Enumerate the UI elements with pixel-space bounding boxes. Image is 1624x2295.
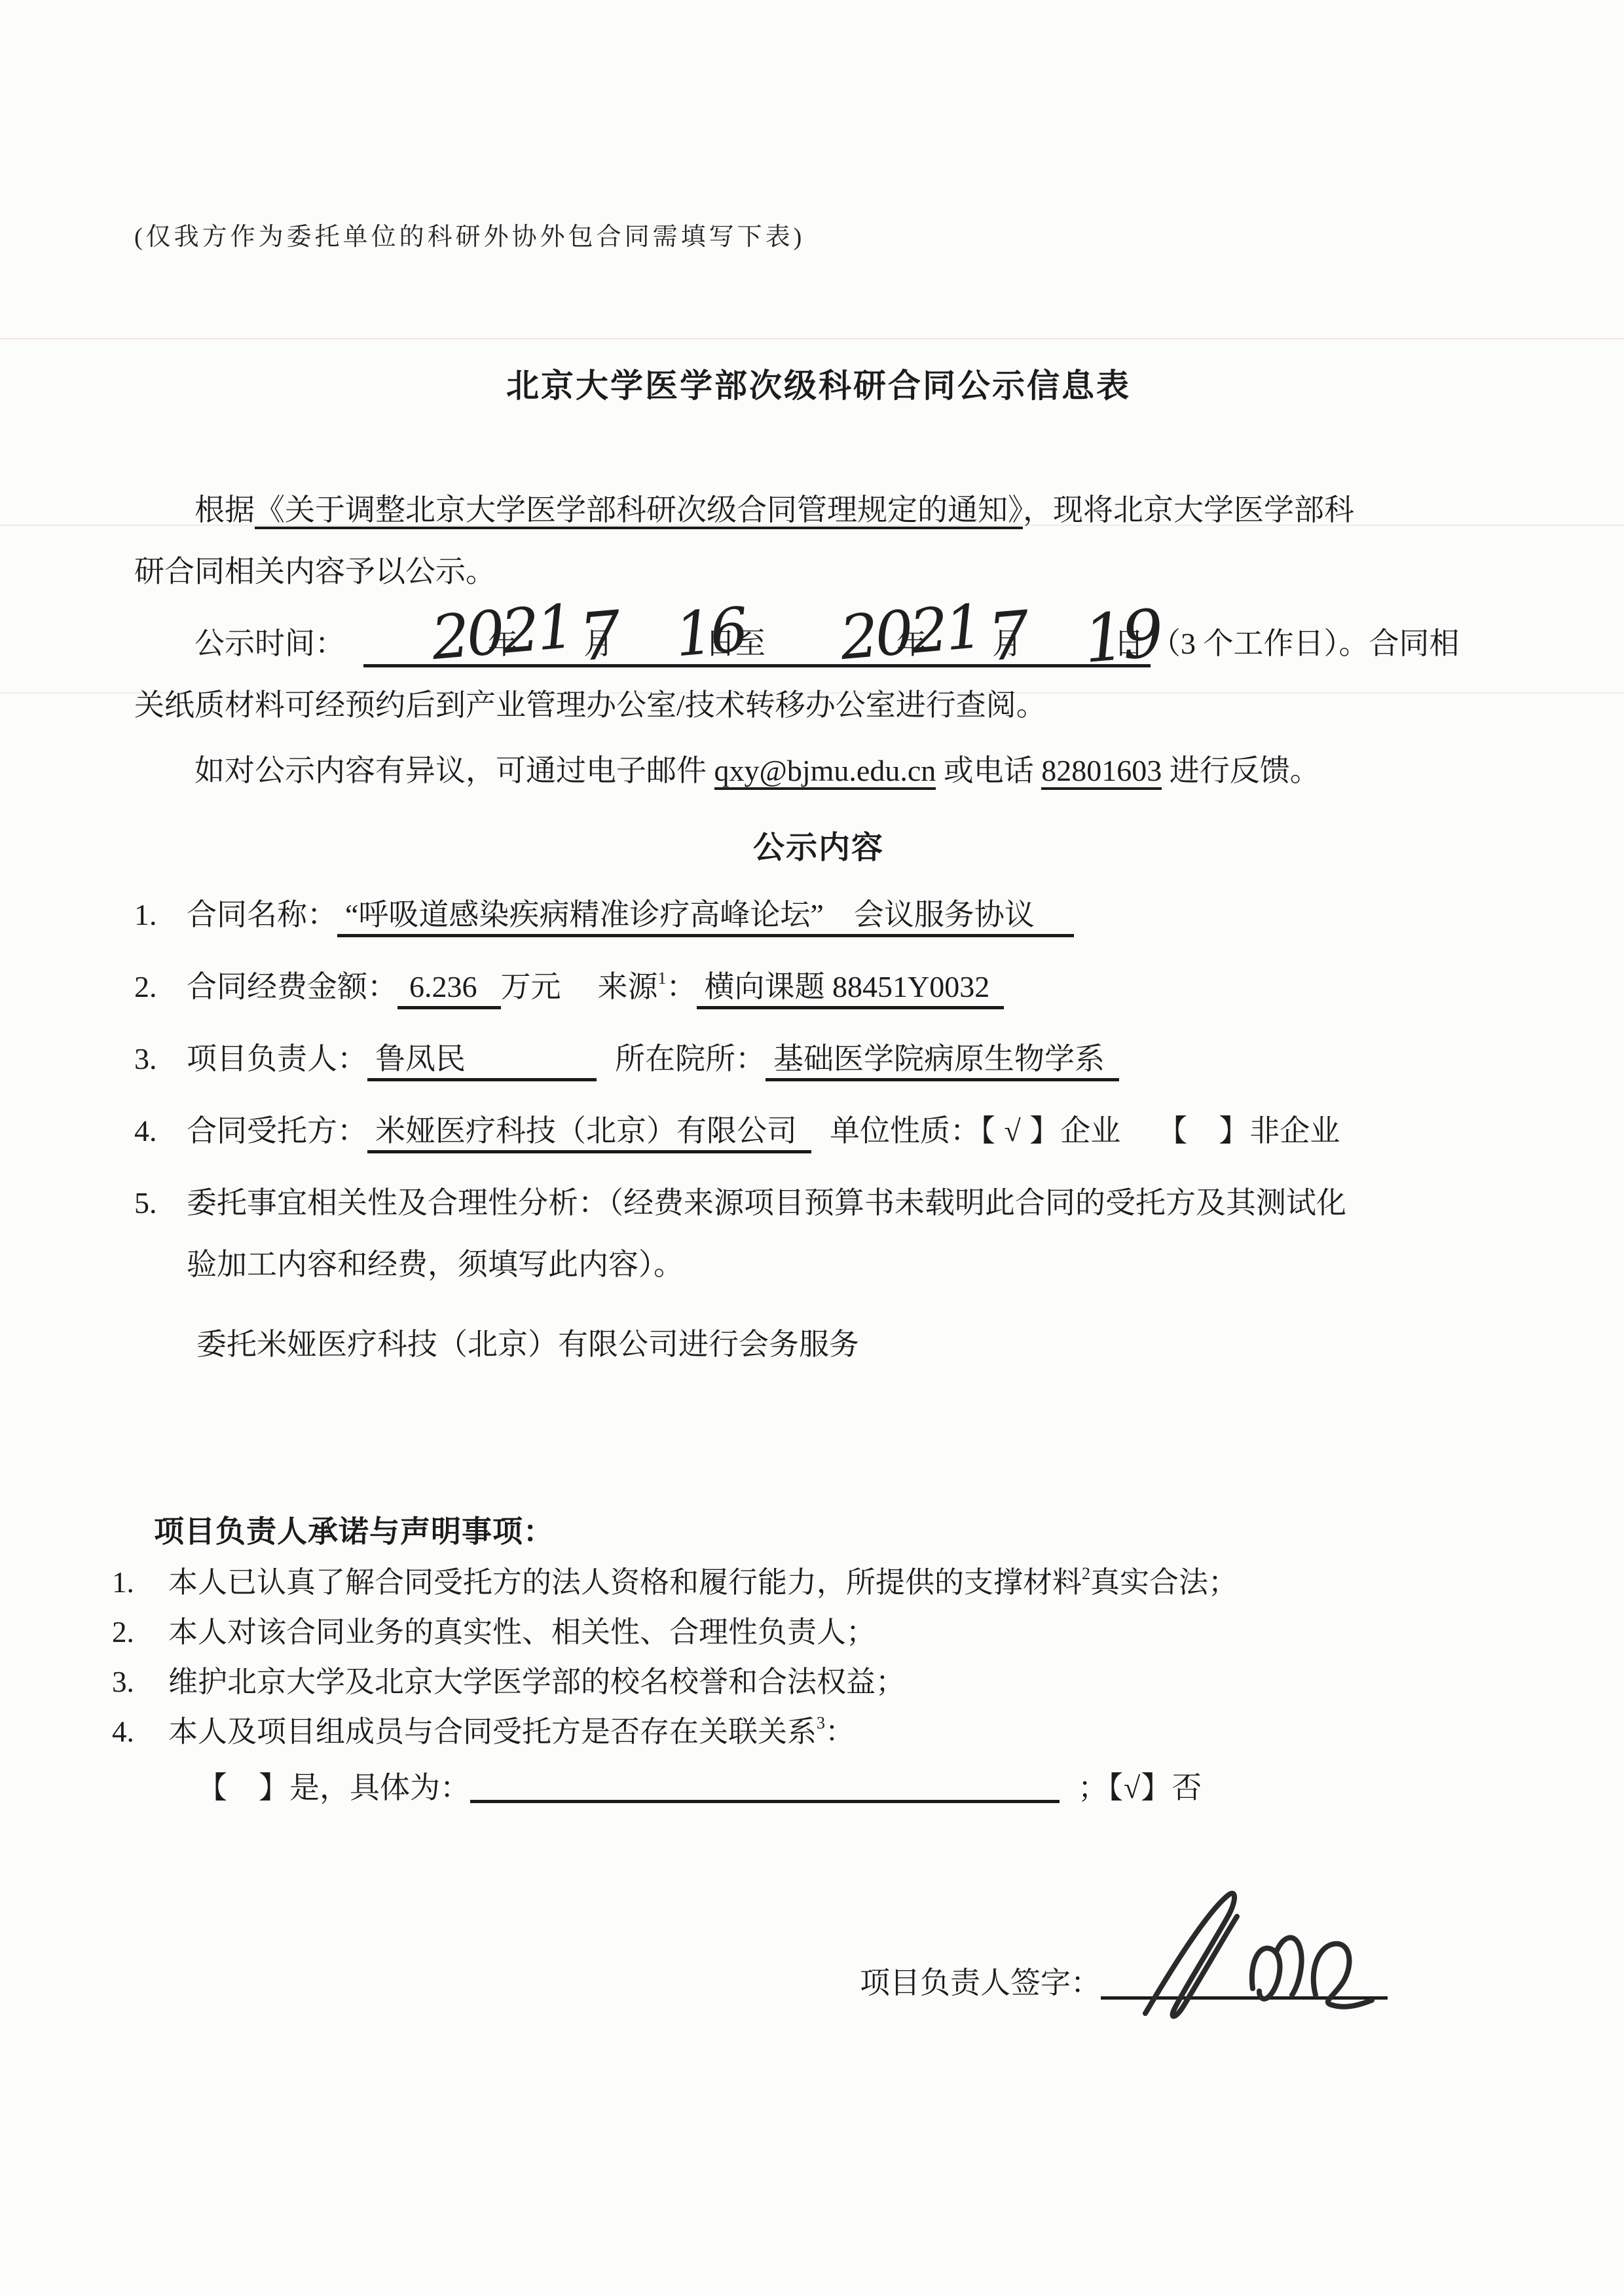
item-number: 3.: [134, 1028, 187, 1090]
amount-unit: 万元: [501, 970, 561, 1003]
handwritten-start-day: 16: [614, 624, 705, 656]
handwritten-start-month: 7: [518, 624, 583, 656]
contract-name-value: “呼吸道感染疾病精准诊疗高峰论坛” 会议服务协议: [337, 898, 1074, 937]
feedback-text-post: 进行反馈。: [1162, 754, 1320, 787]
signature-blank: [1101, 1961, 1388, 2000]
declaration-text-pre: 本人已认真了解合同受托方的法人资格和履行能力，所提供的支撑材料: [168, 1566, 1082, 1599]
scanned-document-page: (仅我方作为委托单位的科研外协外包合同需填写下表) 北京大学医学部次级科研合同公…: [0, 0, 1624, 2295]
contract-amount-label: 合同经费金额：: [187, 970, 397, 1003]
publicity-time-label: 公示时间：: [194, 627, 345, 660]
entrust-note: 委托米娅医疗科技（北京）有限公司进行会务服务: [134, 1314, 1503, 1375]
funding-source-colon: ：: [667, 970, 697, 1003]
declaration-number: 4.: [112, 1707, 168, 1757]
publicity-items-list: 1. 合同名称：“呼吸道感染疾病精准诊疗高峰论坛” 会议服务协议 2. 合同经费…: [134, 884, 1503, 1296]
form-scope-note: (仅我方作为委托单位的科研外协外包合同需填写下表): [134, 220, 1503, 254]
declaration-footnote-mark: 2: [1082, 1564, 1090, 1583]
project-leader-body: 项目负责人：鲁凤民所在院所：基础医学院病原生物学系: [187, 1028, 1503, 1090]
signature-label: 项目负责人签字：: [860, 1966, 1101, 2000]
document-title: 北京大学医学部次级科研合同公示信息表: [134, 364, 1503, 407]
notice-reference-underlined: 《关于调整北京大学医学部科研次级合同管理规定的通知》: [255, 493, 1023, 529]
intro-text-prefix: 根据: [194, 493, 255, 527]
time-suffix-text: （3 个工作日）。合同相: [1151, 627, 1460, 660]
declaration-text: 本人已认真了解合同受托方的法人资格和履行能力，所提供的支撑材料2真实合法；: [168, 1558, 1503, 1607]
project-leader-value: 鲁凤民: [367, 1042, 597, 1081]
department-label: 所在院所：: [615, 1042, 766, 1075]
project-leader-label: 项目负责人：: [187, 1042, 367, 1075]
declaration-text-post: ：: [825, 1715, 855, 1748]
publicity-time-line: 公示时间：2021年7月16日至2021年7月19日（3 个工作日）。合同相: [134, 613, 1503, 675]
trustee-body: 合同受托方：米娅医疗科技（北京）有限公司单位性质：【 √ 】企业【 】非企业: [187, 1100, 1503, 1162]
contact-phone: 82801603: [1041, 754, 1162, 790]
handwritten-end-day: 19: [1022, 624, 1114, 656]
document-content: (仅我方作为委托单位的科研外协外包合同需填写下表) 北京大学医学部次级科研合同公…: [0, 0, 1624, 2016]
declaration-number: 3.: [112, 1657, 168, 1707]
declaration-text: 本人对该合同业务的真实性、相关性、合理性负责人；: [168, 1607, 1503, 1657]
declaration-text: 维护北京大学及北京大学医学部的校名校誉和合法权益；: [168, 1657, 1503, 1707]
handwritten-end-month: 7: [927, 624, 992, 656]
trustee-value: 米娅医疗科技（北京）有限公司: [367, 1114, 811, 1153]
declaration-text-pre: 本人及项目组成员与合同受托方是否存在关联关系: [168, 1715, 817, 1748]
declaration-item-2: 2. 本人对该合同业务的真实性、相关性、合理性负责人；: [112, 1607, 1503, 1657]
signature-row: 项目负责人签字：: [134, 1950, 1503, 2016]
trustee-row: 4. 合同受托方：米娅医疗科技（北京）有限公司单位性质：【 √ 】企业【 】非企…: [134, 1100, 1503, 1162]
funding-source-footnote-mark: 1: [658, 969, 667, 988]
declaration-text: 本人及项目组成员与合同受托方是否存在关联关系3：: [168, 1707, 1503, 1757]
contract-amount-value: 6.236: [397, 970, 501, 1009]
relation-yes-label: 是，具体为：: [289, 1771, 470, 1804]
feedback-text-mid: 或电话: [936, 754, 1041, 787]
intro-text-suffix: ，现将北京大学医学部科: [1023, 493, 1354, 527]
publicity-time-line2: 关纸质材料可经预约后到产业管理办公室/技术转移办公室进行查阅。: [134, 675, 1503, 736]
handwritten-end-year: 2021: [779, 624, 896, 656]
feedback-line: 如对公示内容有异议，可通过电子邮件 qxy@bjmu.edu.cn 或电话 82…: [134, 740, 1503, 802]
declaration-heading: 项目负责人承诺与声明事项：: [134, 1506, 1503, 1558]
content-section-heading: 公示内容: [134, 827, 1503, 870]
contract-name-label: 合同名称：: [187, 898, 337, 931]
enterprise-checkbox-checked: 【 √ 】: [980, 1114, 1060, 1147]
relation-no-checkbox-checked: 【√】: [1108, 1771, 1172, 1804]
contract-name-row: 1. 合同名称：“呼吸道感染疾病精准诊疗高峰论坛” 会议服务协议: [134, 884, 1503, 946]
declaration-item-3: 3. 维护北京大学及北京大学医学部的校名校誉和合法权益；: [112, 1657, 1503, 1707]
relation-answer-line: 【 】是，具体为：；【√】否: [134, 1757, 1503, 1819]
entity-type-label: 单位性质：: [830, 1114, 980, 1147]
item-number: 2.: [134, 956, 187, 1018]
item-number: 1.: [134, 884, 187, 946]
declaration-number: 2.: [112, 1607, 168, 1657]
feedback-text-pre: 如对公示内容有异议，可通过电子邮件: [194, 754, 714, 787]
intro-paragraph: 根据《关于调整北京大学医学部科研次级合同管理规定的通知》，现将北京大学医学部科: [134, 479, 1503, 541]
signature-scribble: [1111, 1878, 1373, 2016]
relation-semicolon: ；: [1078, 1771, 1108, 1804]
enterprise-label: 企业: [1060, 1114, 1120, 1147]
funding-source-value: 横向课题 88451Y0032: [697, 970, 1005, 1009]
declaration-number: 1.: [112, 1558, 168, 1607]
declaration-item-4: 4. 本人及项目组成员与合同受托方是否存在关联关系3：: [112, 1707, 1503, 1757]
end-date-blank: 2021年7月19日: [772, 627, 1151, 667]
declaration-footnote-mark: 3: [817, 1713, 825, 1732]
declaration-text-post: 真实合法；: [1090, 1566, 1238, 1599]
trustee-label: 合同受托方：: [187, 1114, 367, 1147]
relation-yes-checkbox-unchecked: 【 】: [197, 1771, 289, 1804]
contract-name-body: 合同名称：“呼吸道感染疾病精准诊疗高峰论坛” 会议服务协议: [187, 884, 1503, 946]
start-date-blank: 2021年7月16日至: [363, 627, 772, 667]
contract-amount-row: 2. 合同经费金额：6.236万元来源1：横向课题 88451Y0032: [134, 956, 1503, 1018]
intro-paragraph-line2: 研合同相关内容予以公示。: [134, 541, 1503, 603]
project-leader-row: 3. 项目负责人：鲁凤民所在院所：基础医学院病原生物学系: [134, 1028, 1503, 1090]
analysis-row: 5. 委托事宜相关性及合理性分析：（经费来源项目预算书未载明此合同的受托方及其测…: [134, 1172, 1503, 1296]
non-enterprise-checkbox-unchecked: 【 】: [1157, 1114, 1249, 1147]
relation-no-label: 否: [1172, 1771, 1202, 1804]
handwritten-start-year: 2021: [370, 624, 488, 656]
analysis-text: 委托事宜相关性及合理性分析：（经费来源项目预算书未载明此合同的受托方及其测试化验…: [187, 1172, 1372, 1296]
contact-email: qxy@bjmu.edu.cn: [714, 754, 936, 790]
non-enterprise-label: 非企业: [1249, 1114, 1340, 1147]
item-number: 4.: [134, 1100, 187, 1162]
contract-amount-body: 合同经费金额：6.236万元来源1：横向课题 88451Y0032: [187, 956, 1503, 1018]
department-value: 基础医学院病原生物学系: [766, 1042, 1119, 1081]
funding-source-label: 来源: [598, 970, 658, 1003]
relation-detail-blank: [470, 1767, 1060, 1803]
item-number: 5.: [134, 1172, 187, 1296]
declaration-item-1: 1. 本人已认真了解合同受托方的法人资格和履行能力，所提供的支撑材料2真实合法；: [112, 1558, 1503, 1607]
